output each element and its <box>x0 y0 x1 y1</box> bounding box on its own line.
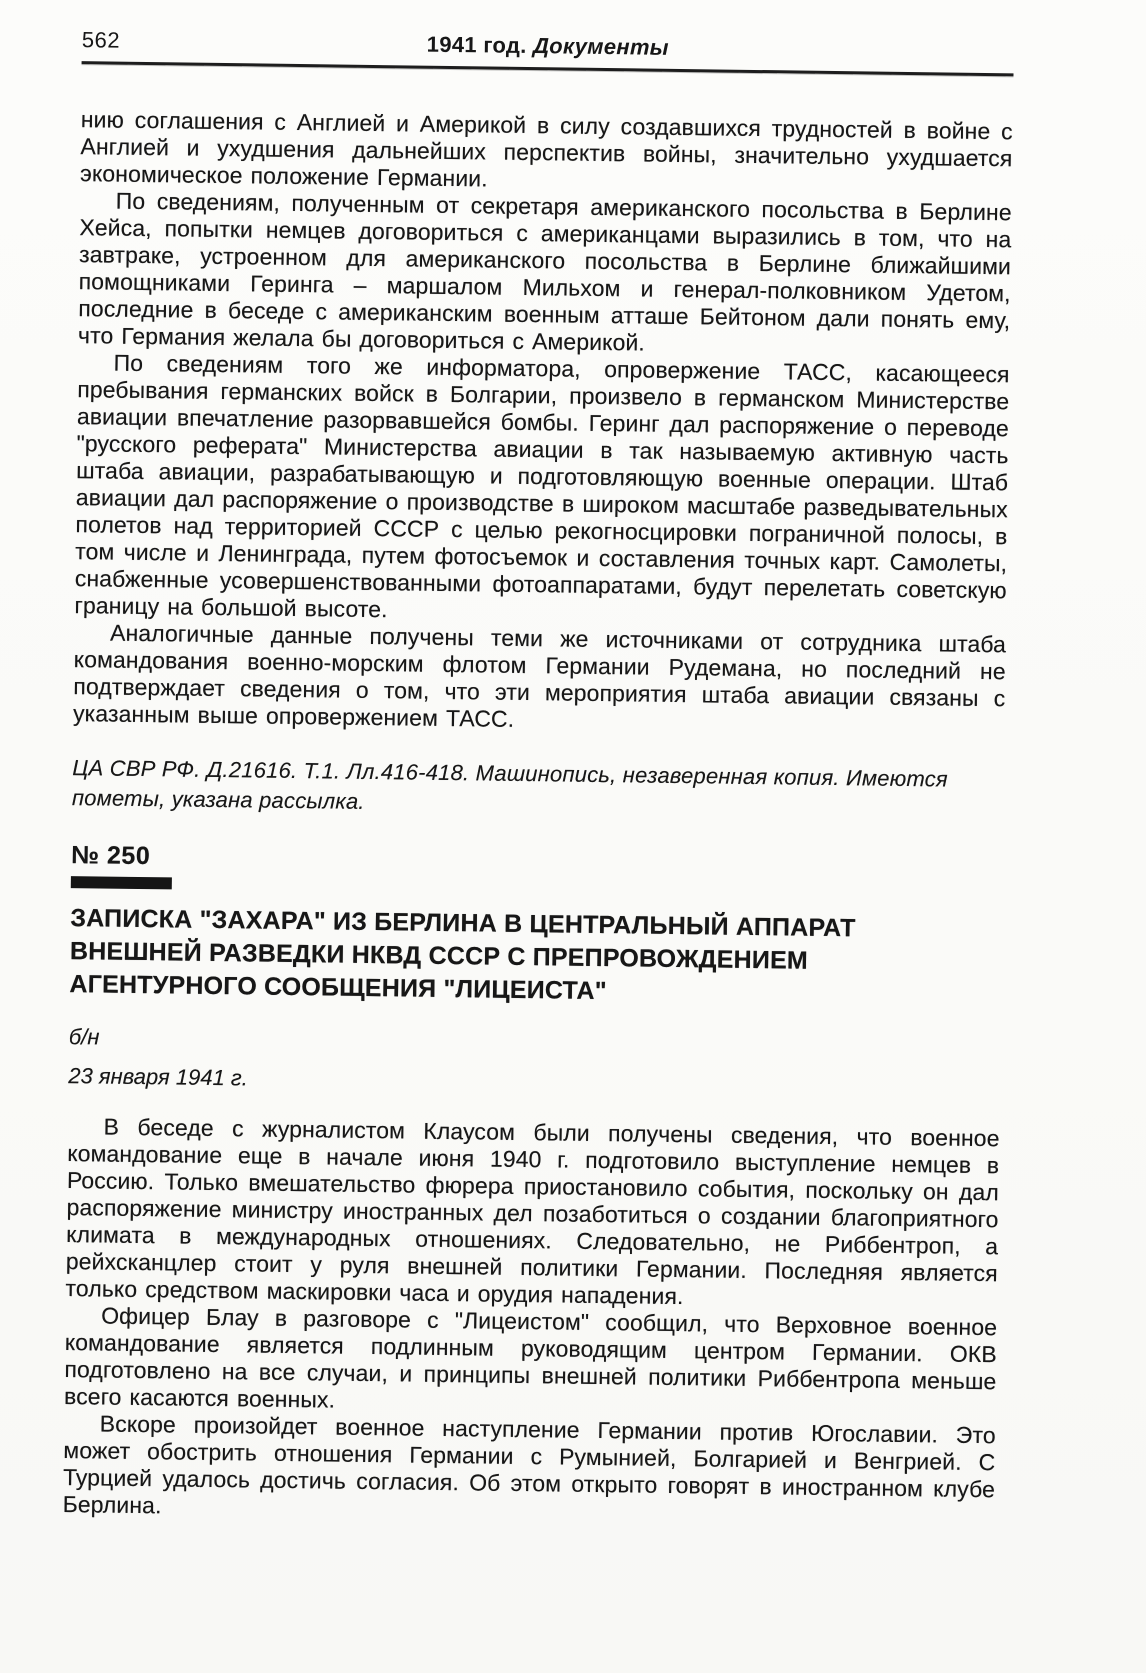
doc250-number-heading: № 250 <box>71 841 1003 882</box>
page-number: 562 <box>82 26 202 56</box>
running-title-year: 1941 год. <box>427 32 527 58</box>
doc250-paragraph: В беседе с журналистом Клаусом были полу… <box>65 1113 999 1314</box>
doc250-date: 23 января 1941 г. <box>68 1062 1000 1101</box>
running-head: 562 1941 год. Документы <box>82 26 1014 66</box>
doc249-paragraph: По сведениям того же информатора, опрове… <box>74 349 1009 631</box>
doc250-paragraph: Вскоре произойдет военное наступление Ге… <box>63 1410 996 1530</box>
scan-skew-wrapper: 562 1941 год. Документы нию соглашения с… <box>0 0 1146 1532</box>
doc-number-underline-bar <box>71 876 172 889</box>
running-title-section: Документы <box>533 33 669 60</box>
page-body: нию соглашения с Англией и Америкой в си… <box>63 106 1013 1530</box>
doc250-title: ЗАПИСКА "ЗАХАРА" ИЗ БЕРЛИНА В ЦЕНТРАЛЬНЫ… <box>69 902 885 1012</box>
doc250-ref-number: б/н <box>69 1023 1001 1062</box>
scanned-book-page: 562 1941 год. Документы нию соглашения с… <box>0 0 1146 1673</box>
doc249-paragraph: Аналогичные данные получены теми же исто… <box>73 619 1006 739</box>
doc249-paragraph-continuation: нию соглашения с Англией и Америкой в си… <box>80 106 1013 199</box>
doc249-paragraph: По сведениям, полученным от секретаря ам… <box>78 187 1012 361</box>
doc250-paragraph: Офицер Блау в разговоре с "Лицеистом" со… <box>64 1302 997 1422</box>
running-title: 1941 год. Документы <box>202 28 1014 67</box>
doc249-archive-source-note: ЦА СВР РФ. Д.21616. Т.1. Лл.416-418. Маш… <box>72 753 973 825</box>
